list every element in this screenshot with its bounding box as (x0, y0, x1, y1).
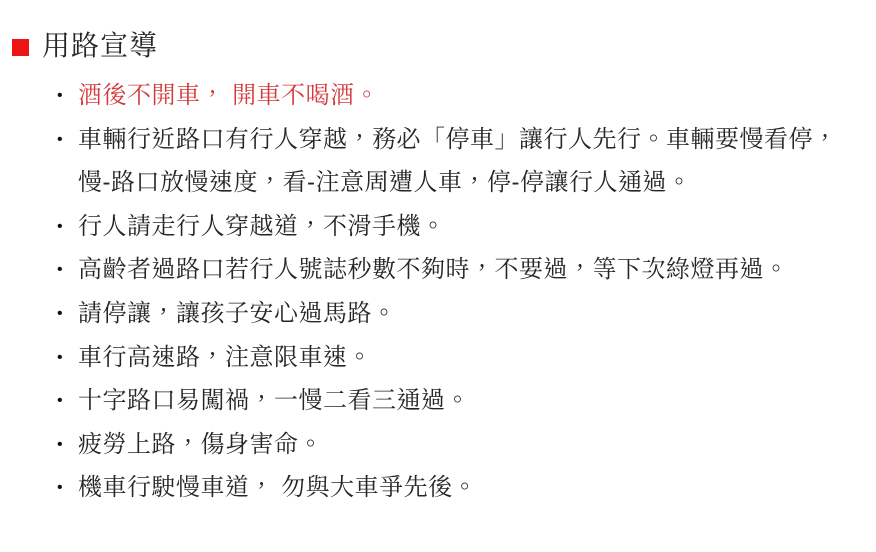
list-item: •車行高速路，注意限車速。 (57, 336, 863, 380)
list-item: •請停讓，讓孩子安心過馬路。 (57, 292, 863, 336)
bullet-dot-icon: • (57, 118, 78, 162)
slide-title-row: 用路宣導 (12, 30, 158, 62)
bullet-text: 車輛行近路口有行人穿越，務必「停車」讓行人先行。車輛要慢看停， 慢-路口放慢速度… (78, 118, 838, 205)
list-item: •疲勞上路，傷身害命。 (57, 423, 863, 467)
bullet-dot-icon: • (57, 292, 78, 336)
bullet-dot-icon: • (57, 466, 78, 510)
bullet-dot-icon: • (57, 423, 78, 467)
list-item: •高齡者過路口若行人號誌秒數不夠時，不要過，等下次綠燈再過。 (57, 248, 863, 292)
bullet-text: 請停讓，讓孩子安心過馬路。 (78, 292, 397, 336)
bullet-list: •酒後不開車， 開車不喝酒。•車輛行近路口有行人穿越，務必「停車」讓行人先行。車… (57, 74, 863, 510)
bullet-dot-icon: • (57, 248, 78, 292)
bullet-text: 機車行駛慢車道， 勿與大車爭先後。 (78, 466, 477, 510)
bullet-text: 疲勞上路，傷身害命。 (78, 423, 323, 467)
bullet-text: 十字路口易闖禍，一慢二看三通過。 (78, 379, 470, 423)
list-item: •機車行駛慢車道， 勿與大車爭先後。 (57, 466, 863, 510)
bullet-text: 高齡者過路口若行人號誌秒數不夠時，不要過，等下次綠燈再過。 (78, 248, 789, 292)
page-title: 用路宣導 (42, 30, 158, 62)
list-item: •十字路口易闖禍，一慢二看三通過。 (57, 379, 863, 423)
slide-canvas: 用路宣導 •酒後不開車， 開車不喝酒。•車輛行近路口有行人穿越，務必「停車」讓行… (0, 0, 876, 552)
bullet-dot-icon: • (57, 336, 78, 380)
list-item: •行人請走行人穿越道，不滑手機。 (57, 205, 863, 249)
red-square-bullet-icon (12, 39, 29, 56)
bullet-dot-icon: • (57, 205, 78, 249)
bullet-text: 車行高速路，注意限車速。 (78, 336, 372, 380)
bullet-dot-icon: • (57, 379, 78, 423)
bullet-dot-icon: • (57, 74, 78, 118)
list-item: •車輛行近路口有行人穿越，務必「停車」讓行人先行。車輛要慢看停， 慢-路口放慢速… (57, 118, 863, 205)
bullet-text: 行人請走行人穿越道，不滑手機。 (78, 205, 446, 249)
bullet-text: 酒後不開車， 開車不喝酒。 (78, 74, 379, 118)
list-item: •酒後不開車， 開車不喝酒。 (57, 74, 863, 118)
